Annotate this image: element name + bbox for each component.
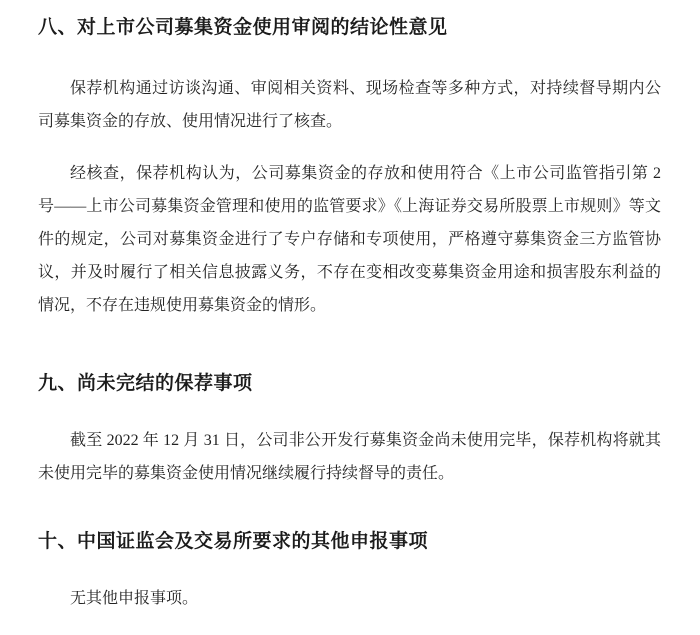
paragraph: 保荐机构通过访谈沟通、审阅相关资料、现场检查等多种方式，对持续督导期内公司募集资… (38, 72, 661, 138)
paragraph: 经核查，保荐机构认为，公司募集资金的存放和使用符合《上市公司监管指引第 2 号—… (38, 157, 661, 322)
section-heading: 十、中国证监会及交易所要求的其他申报事项 (38, 528, 661, 556)
paragraph: 截至 2022 年 12 月 31 日，公司非公开发行募集资金尚未使用完毕，保荐… (38, 424, 661, 490)
document-page: 八、对上市公司募集资金使用审阅的结论性意见 保荐机构通过访谈沟通、审阅相关资料、… (0, 0, 700, 635)
section-heading: 八、对上市公司募集资金使用审阅的结论性意见 (38, 14, 661, 42)
section-heading: 九、尚未完结的保荐事项 (38, 370, 661, 398)
section-other-filing-matters: 十、中国证监会及交易所要求的其他申报事项 无其他申报事项。 (38, 528, 661, 615)
section-unfinished-sponsorship: 九、尚未完结的保荐事项 截至 2022 年 12 月 31 日，公司非公开发行募… (38, 370, 661, 490)
paragraph: 无其他申报事项。 (38, 582, 661, 615)
section-conclusive-opinion: 八、对上市公司募集资金使用审阅的结论性意见 保荐机构通过访谈沟通、审阅相关资料、… (38, 14, 661, 322)
